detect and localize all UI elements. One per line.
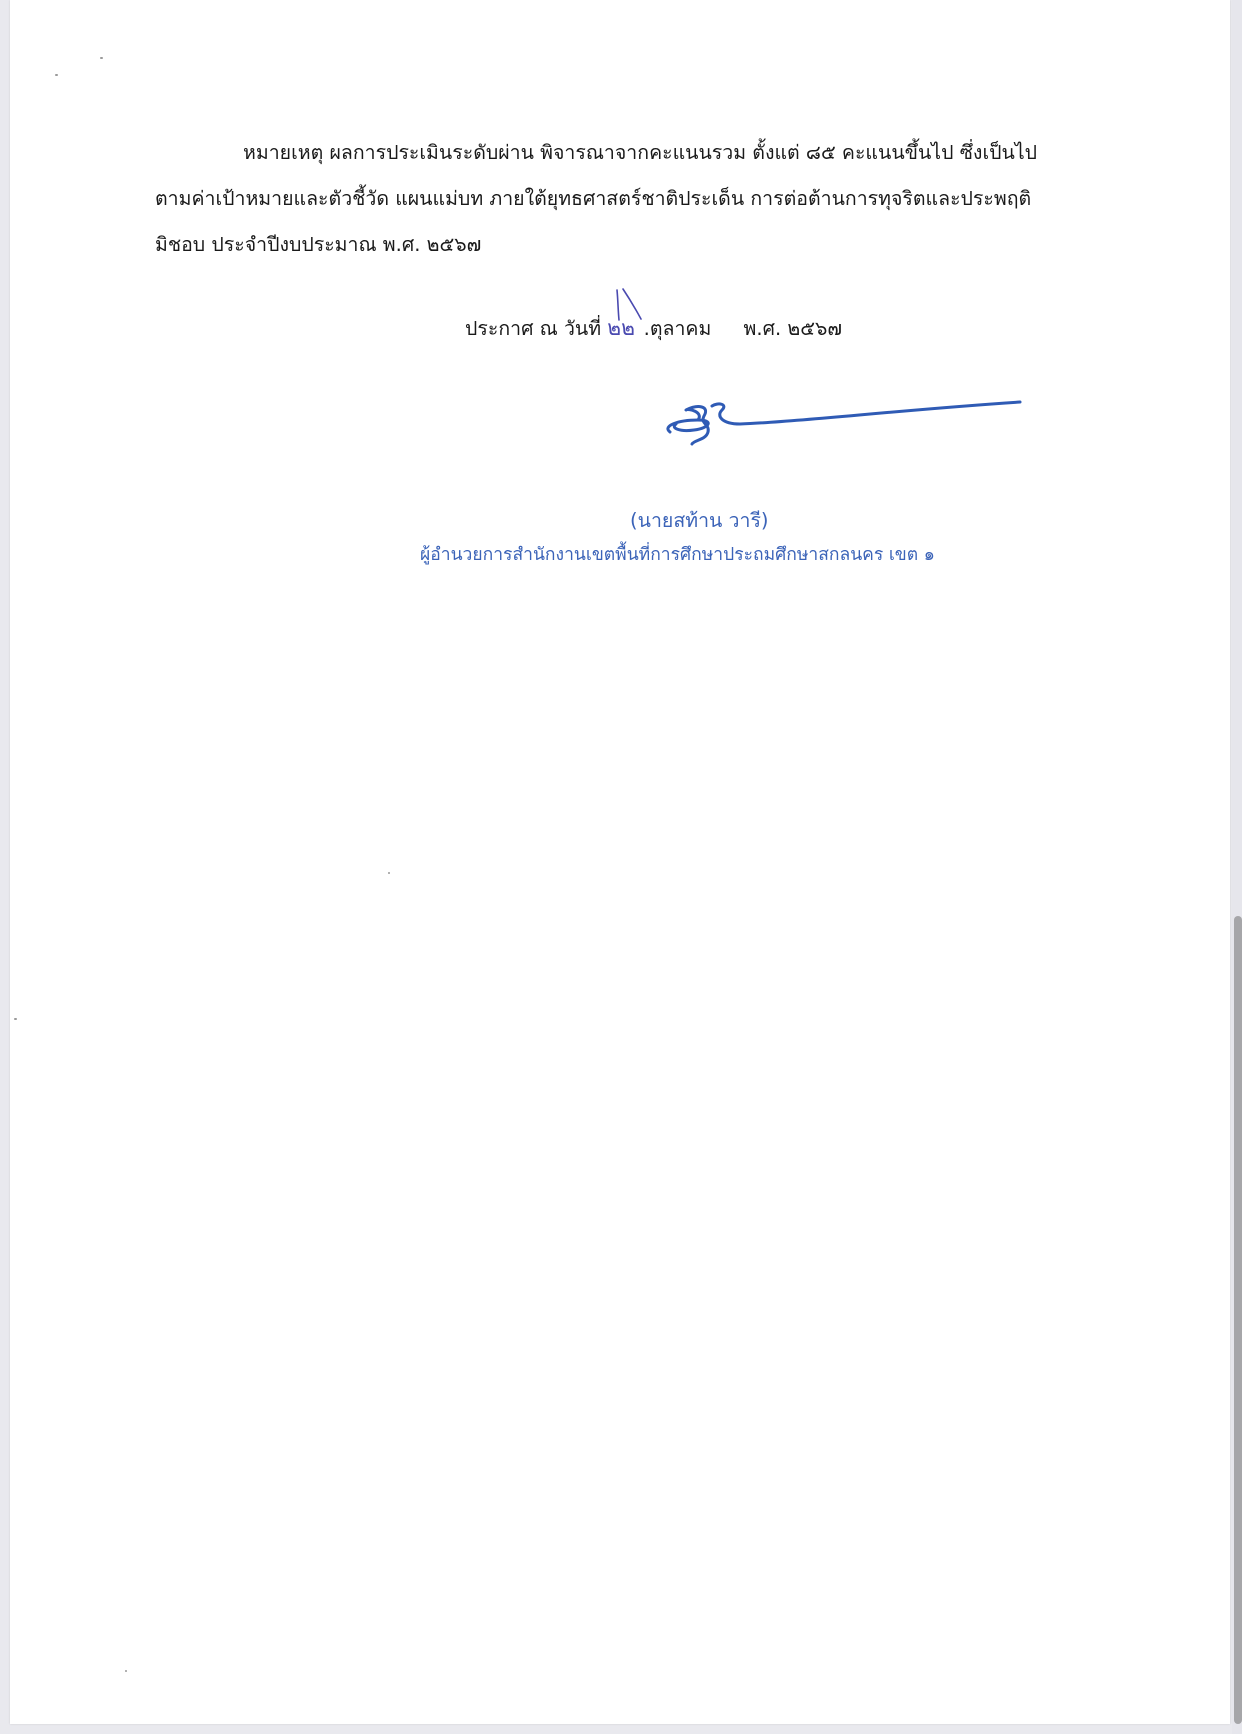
scrollbar-thumb[interactable] xyxy=(1234,916,1242,1724)
date-prefix: ประกาศ ณ วันที่ xyxy=(465,317,601,340)
handwritten-day: ๒๒ xyxy=(607,316,641,340)
document-page: หมายเหตุ ผลการประเมินระดับผ่าน พิจารณาจา… xyxy=(10,0,1230,1724)
scan-speck xyxy=(100,57,103,59)
note-line-1: หมายเหตุ ผลการประเมินระดับผ่าน พิจารณาจา… xyxy=(243,137,1037,168)
scan-speck xyxy=(55,74,58,76)
announcement-date: ประกาศ ณ วันที่ ๒๒ .ตุลาคม พ.ศ. ๒๕๖๗ xyxy=(465,312,842,345)
signer-name: (นายสท้าน วารี) xyxy=(630,505,769,536)
scan-speck xyxy=(14,1018,17,1020)
handwritten-strokes-icon xyxy=(611,288,651,322)
signer-title: ผู้อำนวยการสำนักงานเขตพื้นที่การศึกษาประ… xyxy=(420,540,935,568)
signature-icon xyxy=(658,398,1028,468)
vertical-scrollbar[interactable] xyxy=(1232,0,1242,1734)
scan-speck xyxy=(388,872,390,874)
scan-speck xyxy=(125,1670,127,1672)
note-line-3: มิชอบ ประจำปีงบประมาณ พ.ศ. ๒๕๖๗ xyxy=(155,229,481,260)
date-month: .ตุลาคม xyxy=(644,317,712,340)
note-line-2: ตามค่าเป้าหมายและตัวชี้วัด แผนแม่บท ภายใ… xyxy=(155,183,1031,214)
date-year: พ.ศ. ๒๕๖๗ xyxy=(744,317,842,340)
